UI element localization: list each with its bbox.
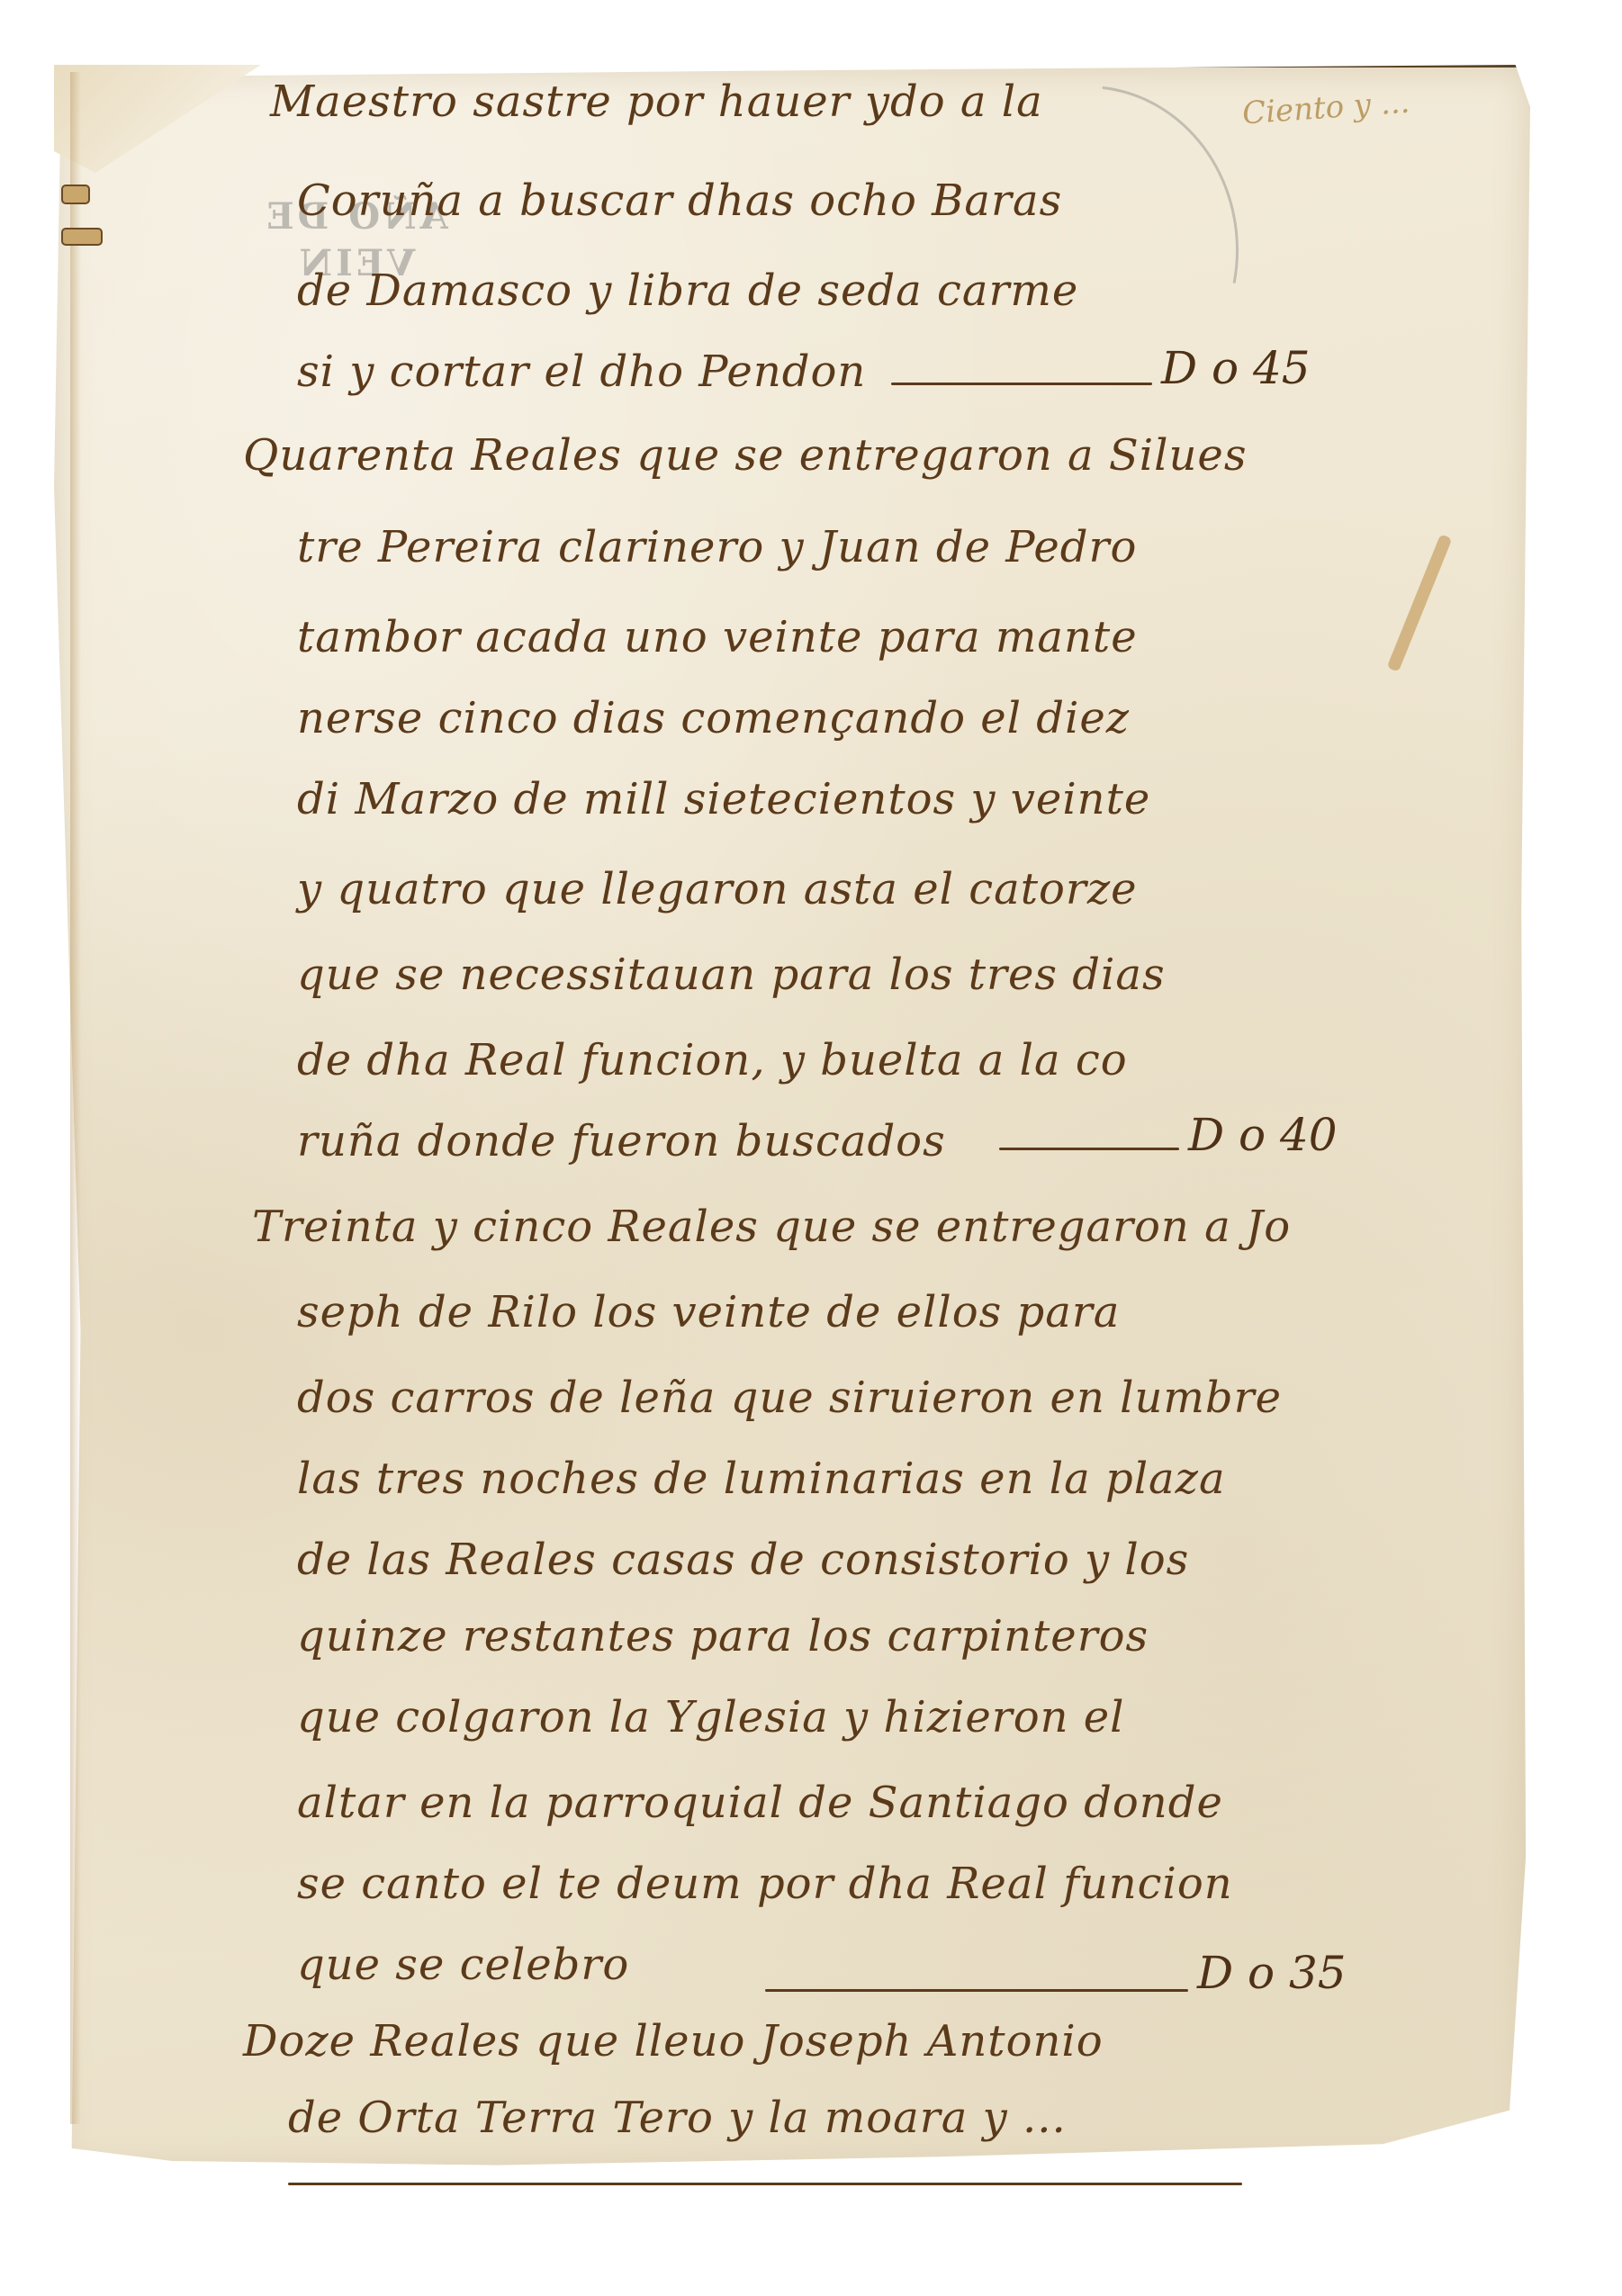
text-line: de Orta Terra Tero y la moara y ...	[288, 2093, 1067, 2143]
text-line: que se celebro	[297, 1940, 629, 1990]
text-line: tambor acada uno veinte para mante	[297, 612, 1138, 662]
text-line: se canto el te deum por dha Real funcion	[297, 1859, 1233, 1909]
text-line: de dha Real funcion, y buelta a la co	[297, 1035, 1128, 1085]
text-line: nerse cinco dias començando el diez	[297, 693, 1130, 743]
amount-leader-line	[765, 1989, 1188, 1992]
text-line: que colgaron la Yglesia y hizieron el	[297, 1692, 1125, 1742]
text-line: seph de Rilo los veinte de ellos para	[297, 1287, 1120, 1337]
text-line: di Marzo de mill sietecientos y veinte	[297, 774, 1150, 824]
text-line: de Damasco y libra de seda carme	[297, 266, 1078, 316]
text-line: dos carros de leña que siruieron en lumb…	[297, 1373, 1282, 1423]
amount-value: D o 40	[1188, 1109, 1338, 1161]
amount-leader-line	[999, 1148, 1179, 1150]
amount-value: D o 45	[1161, 342, 1311, 394]
text-line: Maestro sastre por hauer ydo a la	[270, 77, 1043, 127]
manuscript-text: Maestro sastre por hauer ydo a la Coruña…	[0, 0, 1622, 2296]
text-line: Doze Reales que lleuo Joseph Antonio	[243, 2016, 1104, 2066]
text-line: tre Pereira clarinero y Juan de Pedro	[297, 522, 1137, 572]
text-line: Treinta y cinco Reales que se entregaron…	[252, 1202, 1291, 1252]
text-line: las tres noches de luminarias en la plaz…	[297, 1454, 1226, 1504]
text-line: que se necessitauan para los tres dias	[297, 950, 1166, 1000]
text-line: Quarenta Reales que se entregaron a Silu…	[243, 430, 1247, 481]
text-line: quinze restantes para los carpinteros	[297, 1611, 1149, 1661]
text-line: altar en la parroquial de Santiago donde	[297, 1778, 1223, 1828]
text-line: de las Reales casas de consistorio y los	[297, 1535, 1189, 1585]
text-line: ruña donde fueron buscados	[297, 1116, 946, 1166]
text-line: y quatro que llegaron asta el catorze	[297, 864, 1138, 914]
amount-leader-line	[891, 383, 1152, 385]
closing-rule	[288, 2183, 1242, 2185]
amount-value: D o 35	[1197, 1947, 1347, 1999]
text-line: si y cortar el dho Pendon	[297, 347, 866, 397]
text-line: Coruña a buscar dhas ocho Baras	[297, 176, 1062, 226]
